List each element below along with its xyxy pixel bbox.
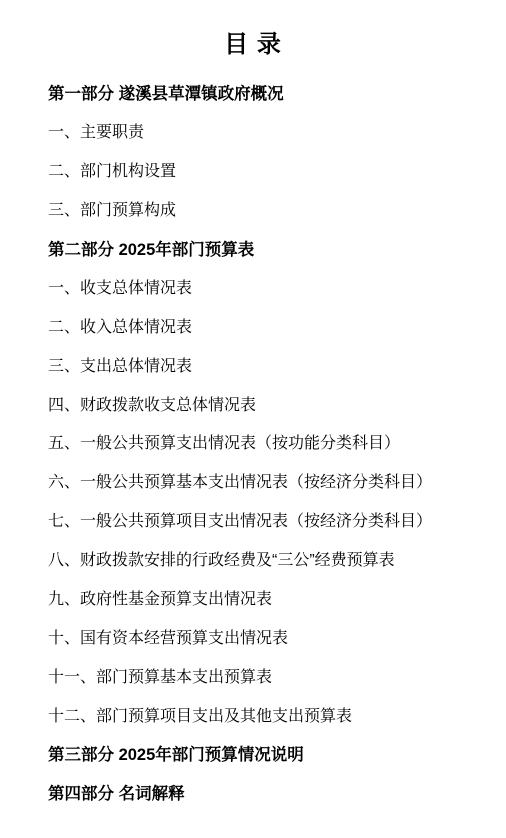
toc-item: 二、部门机构设置 <box>48 153 486 192</box>
toc-item: 九、政府性基金预算支出情况表 <box>48 581 486 620</box>
toc-item: 六、一般公共预算基本支出情况表（按经济分类科目） <box>48 464 486 503</box>
toc-section-heading: 第一部分 遂溪县草潭镇政府概况 <box>48 75 486 114</box>
document-page: 目 录 第一部分 遂溪县草潭镇政府概况一、主要职责二、部门机构设置三、部门预算构… <box>0 0 506 838</box>
toc-item: 一、主要职责 <box>48 114 486 153</box>
toc-section-heading: 第四部分 名词解释 <box>48 775 486 814</box>
toc-item: 三、部门预算构成 <box>48 192 486 231</box>
toc-item: 四、财政拨款收支总体情况表 <box>48 386 486 425</box>
toc-item: 十、国有资本经营预算支出情况表 <box>48 619 486 658</box>
toc-item: 五、一般公共预算支出情况表（按功能分类科目） <box>48 425 486 464</box>
toc-section-heading: 第三部分 2025年部门预算情况说明 <box>48 736 486 775</box>
page-title: 目 录 <box>0 0 506 60</box>
toc-item: 八、财政拨款安排的行政经费及“三公”经费预算表 <box>48 542 486 581</box>
toc-item: 十二、部门预算项目支出及其他支出预算表 <box>48 697 486 736</box>
toc-item: 七、一般公共预算项目支出情况表（按经济分类科目） <box>48 503 486 542</box>
toc-item: 十一、部门预算基本支出预算表 <box>48 658 486 697</box>
toc-item: 三、支出总体情况表 <box>48 347 486 386</box>
toc-item: 二、收入总体情况表 <box>48 308 486 347</box>
toc-section-heading: 第二部分 2025年部门预算表 <box>48 231 486 270</box>
toc-item: 一、收支总体情况表 <box>48 269 486 308</box>
toc-list: 第一部分 遂溪县草潭镇政府概况一、主要职责二、部门机构设置三、部门预算构成第二部… <box>0 75 506 814</box>
